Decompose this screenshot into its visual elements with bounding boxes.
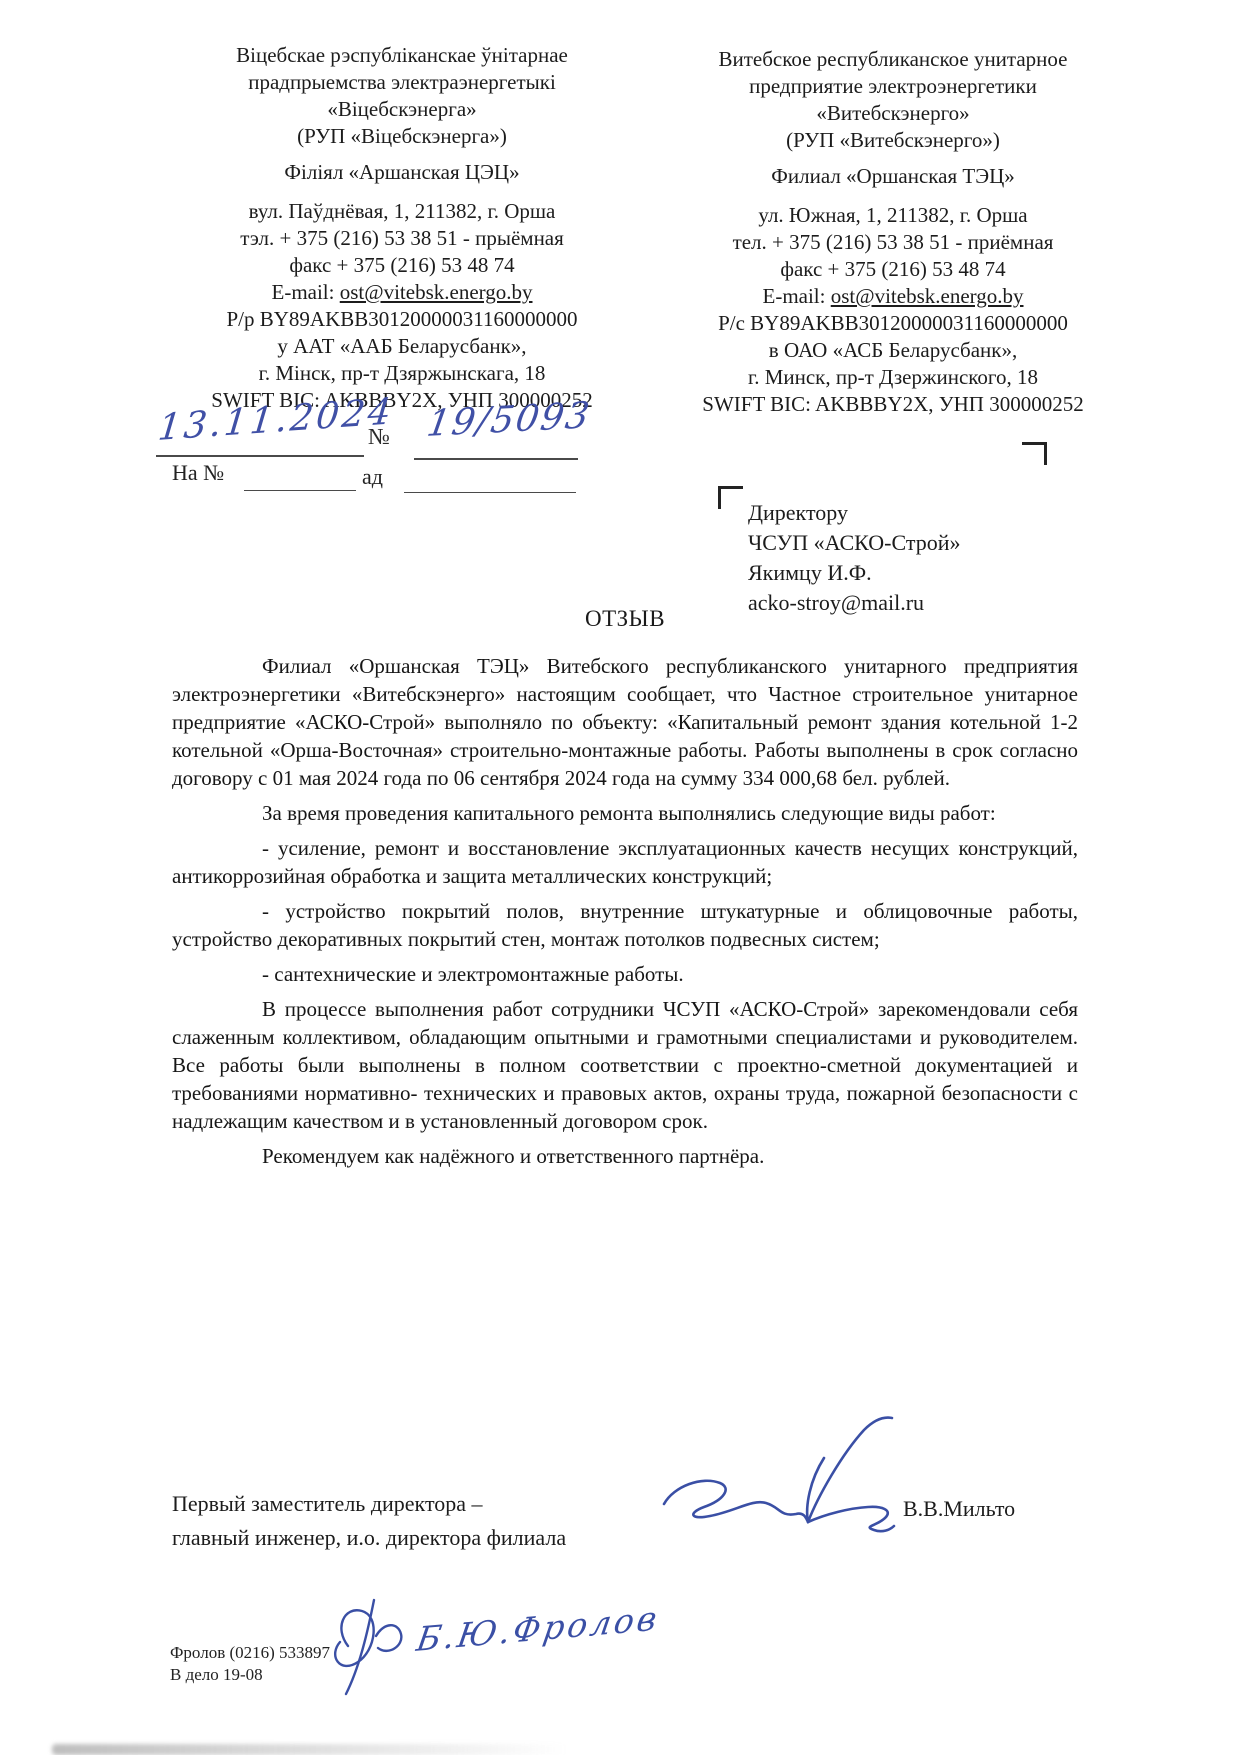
date-underline [156, 455, 364, 457]
account-line: Р/р BY89AKBB30120000031160000000 [162, 306, 642, 333]
executor-signature-flourish [318, 1594, 428, 1704]
body-paragraph: В процессе выполнения работ сотрудники Ч… [172, 995, 1078, 1135]
phone-line: тэл. + 375 (216) 53 38 51 - прыёмная [162, 225, 642, 252]
handwritten-number: 19/5093 [424, 395, 594, 445]
recipient-block: Директору ЧСУП «АСКО-Строй» Якимцу И.Ф. … [748, 498, 961, 618]
recipient-corner-left [718, 486, 743, 509]
body-paragraph: Рекомендуем как надёжного и ответственно… [172, 1142, 1078, 1170]
org-line: (РУП «Витебскэнерго») [652, 127, 1134, 154]
email-label: E-mail: [763, 284, 831, 308]
executor-signature: Б.Ю.Фролов [318, 1594, 618, 1714]
org-line: «Віцебскэнерга» [162, 96, 642, 123]
file-note: В дело 19-08 [170, 1664, 330, 1686]
executor-contact: Фролов (0216) 533897 [170, 1642, 330, 1664]
body-paragraph: - сантехнические и электромонтажные рабо… [172, 960, 1078, 988]
scan-edge-artifact [52, 1744, 567, 1755]
body-paragraph: За время проведения капитального ремонта… [172, 799, 1078, 827]
swift-line: SWIFT BIC: AKBBBY2X, УНП 300000252 [652, 391, 1134, 418]
fax-line: факс + 375 (216) 53 48 74 [652, 256, 1134, 283]
body-paragraph: - устройство покрытий полов, внутренние … [172, 897, 1078, 953]
executor-note: Фролов (0216) 533897 В дело 19-08 [170, 1642, 330, 1686]
signatory-position: Первый заместитель директора – главный и… [172, 1487, 566, 1555]
body-paragraph: - усиление, ремонт и восстановление эксп… [172, 834, 1078, 890]
bank-line: в ОАО «АСБ Беларусбанк», [652, 337, 1134, 364]
bank-city-line: г. Мінск, пр-т Дзяржынскага, 18 [162, 360, 642, 387]
recipient-line: Якимцу И.Ф. [748, 558, 961, 588]
email-link: ost@vitebsk.energo.by [340, 280, 533, 304]
reply-from-label: ад [362, 464, 383, 490]
reply-number-label: На № [172, 460, 224, 486]
letterhead-left: Віцебскае рэспубліканскае ўнітарнае прад… [162, 42, 642, 414]
org-line: Витебское республиканское унитарное [652, 46, 1134, 73]
director-signature-scribble [658, 1414, 898, 1539]
org-line: Віцебскае рэспубліканскае ўнітарнае [162, 42, 642, 69]
branch-name-ru: Филиал «Оршанская ТЭЦ» [652, 163, 1134, 190]
org-line: предприятие электроэнергетики [652, 73, 1134, 100]
letterhead-right: Витебское республиканское унитарное пред… [652, 46, 1134, 418]
bank-city-line: г. Минск, пр-т Дзержинского, 18 [652, 364, 1134, 391]
recipient-line: Директору [748, 498, 961, 528]
org-name-by: Віцебскае рэспубліканскае ўнітарнае прад… [162, 42, 642, 150]
org-line: прадпрыемства электраэнергетыкі [162, 69, 642, 96]
reply-from-blank [404, 492, 576, 493]
branch-name-by: Філіял «Аршанская ЦЭЦ» [162, 159, 642, 186]
document-title: ОТЗЫВ [172, 606, 1078, 632]
org-line: «Витебскэнерго» [652, 100, 1134, 127]
address-line: ул. Южная, 1, 211382, г. Орша [652, 202, 1134, 229]
address-line: вул. Паўднёвая, 1, 211382, г. Орша [162, 198, 642, 225]
recipient-corner-right [1022, 442, 1047, 465]
fax-line: факс + 375 (216) 53 48 74 [162, 252, 642, 279]
letter-body: Филиал «Оршанская ТЭЦ» Витебского респуб… [172, 652, 1078, 1177]
account-line: Р/с BY89AKBB30120000031160000000 [652, 310, 1134, 337]
reply-number-blank [244, 490, 356, 491]
scanned-letter-page: Віцебскае рэспубліканскае ўнітарнае прад… [0, 0, 1240, 1755]
body-paragraph: Филиал «Оршанская ТЭЦ» Витебского респуб… [172, 652, 1078, 792]
number-sign: № [368, 424, 390, 450]
org-name-ru: Витебское республиканское унитарное пред… [652, 46, 1134, 154]
signatory-position-line: главный инженер, и.о. директора филиала [172, 1521, 566, 1555]
email-line: E-mail: ost@vitebsk.energo.by [652, 283, 1134, 310]
org-line: (РУП «Віцебскэнерга») [162, 123, 642, 150]
email-link: ost@vitebsk.energo.by [831, 284, 1024, 308]
executor-signature-text: Б.Ю.Фролов [414, 1598, 662, 1659]
bank-line: у ААТ «ААБ Беларусбанк», [162, 333, 642, 360]
number-underline [414, 458, 578, 460]
signatory-position-line: Первый заместитель директора – [172, 1487, 566, 1521]
email-label: E-mail: [272, 280, 340, 304]
recipient-line: ЧСУП «АСКО-Строй» [748, 528, 961, 558]
signatory-name: В.В.Мильто [903, 1496, 1015, 1522]
phone-line: тел. + 375 (216) 53 38 51 - приёмная [652, 229, 1134, 256]
email-line: E-mail: ost@vitebsk.energo.by [162, 279, 642, 306]
